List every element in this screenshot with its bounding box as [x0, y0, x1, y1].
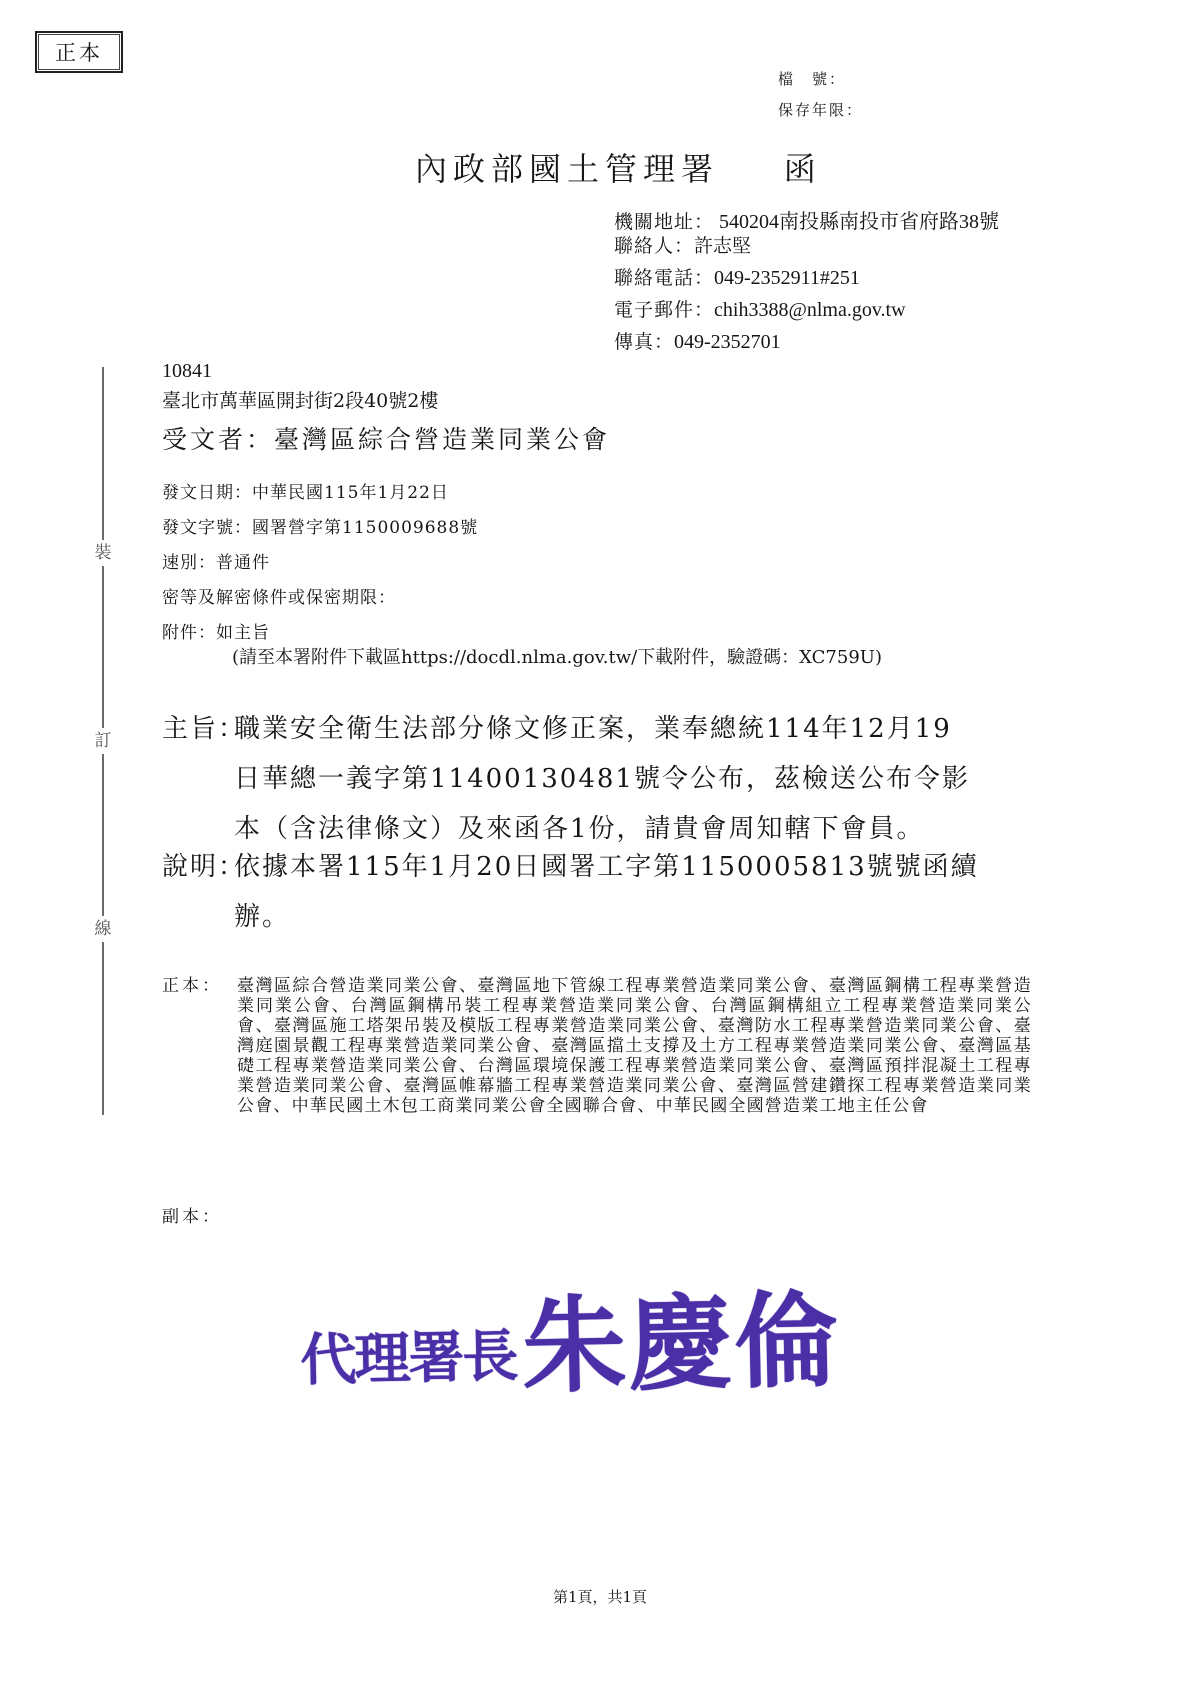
- recipient-label: 受文者：: [162, 425, 274, 454]
- contact-phone: 聯絡電話：049-2352911#251: [614, 264, 999, 292]
- document-title: 內政部國土管理署 函: [415, 144, 822, 190]
- subject-line-1: 主旨：職業安全衛生法部分條文修正案，業奉總統114年12月19: [162, 704, 970, 754]
- signatory-title: 代理署長: [300, 1323, 517, 1394]
- recipient-name: 臺灣區綜合營造業同業公會: [274, 425, 610, 454]
- agency-name: 內政部國土管理署: [415, 150, 719, 188]
- copy-label: 副本：: [162, 1207, 222, 1227]
- binding-mark-xian: 線: [90, 916, 116, 942]
- signature-stamp: 代理署長朱慶倫: [298, 1256, 841, 1417]
- explanation-label: 說明：: [162, 842, 234, 892]
- classification-row: 密等及解密條件或保密期限：: [162, 581, 478, 616]
- retention-label: 保存年限：: [778, 101, 863, 119]
- distribution-copy: 副本：: [162, 1202, 222, 1227]
- file-number-row: 檔 號：: [778, 68, 846, 89]
- person-label: 聯絡人：: [614, 235, 694, 257]
- recipient-zip: 10841: [162, 360, 212, 383]
- subject-section: 主旨：職業安全衛生法部分條文修正案，業奉總統114年12月19 日華總一義字第1…: [162, 704, 970, 854]
- subject-line-2: 日華總一義字第11400130481號令公布，茲檢送公布令影: [162, 754, 970, 804]
- issue-date-row: 發文日期：中華民國115年1月22日: [162, 476, 478, 511]
- explanation-text-1: 依據本署115年1月20日國署工字第1150005813號號函續: [234, 852, 979, 882]
- retention-row: 保存年限：: [778, 99, 863, 120]
- contact-person: 聯絡人：許志堅: [614, 232, 999, 260]
- copy-type-box: 正本: [35, 31, 123, 73]
- subject-label: 主旨：: [162, 704, 234, 754]
- document-number-label: 發文字號：: [162, 518, 252, 538]
- recipient: 受文者：臺灣區綜合營造業同業公會: [162, 420, 610, 456]
- sender-contact-block: 機關地址： 540204南投縣南投市省府路38號 聯絡人：許志堅 聯絡電話：04…: [614, 208, 999, 356]
- subject-text-1: 職業安全衛生法部分條文修正案，業奉總統114年12月19: [234, 714, 952, 744]
- explanation-line-2: 辦。: [162, 892, 979, 942]
- page-count: 第1頁，共1頁: [0, 1586, 1200, 1607]
- priority-value: 普通件: [216, 553, 270, 573]
- attachment-value: 如主旨: [216, 623, 270, 643]
- file-number-label: 檔 號：: [778, 70, 846, 88]
- priority-label: 速別：: [162, 553, 216, 573]
- address-label: 機關地址：: [614, 211, 714, 233]
- fax-label: 傳真：: [614, 331, 674, 353]
- contact-email: 電子郵件：chih3388@nlma.gov.tw: [614, 296, 999, 324]
- document-number-value: 國署營字第1150009688號: [252, 518, 478, 538]
- original-label: 正本：: [162, 976, 222, 996]
- email-value[interactable]: chih3388@nlma.gov.tw: [714, 299, 906, 321]
- address-value: 540204南投縣南投市省府路38號: [714, 211, 999, 233]
- explanation-line-1: 說明：依據本署115年1月20日國署工字第1150005813號號函續: [162, 842, 979, 892]
- person-value: 許志堅: [694, 235, 751, 257]
- phone-label: 聯絡電話：: [614, 267, 714, 289]
- recipient-address: 臺北市萬華區開封街2段40號2樓: [162, 386, 438, 413]
- distribution-original: 正本： 臺灣區綜合營造業同業公會、臺灣區地下管線工程專業營造業同業公會、臺灣區鋼…: [162, 976, 1062, 1116]
- priority-row: 速別：普通件: [162, 546, 478, 581]
- attachment-label: 附件：: [162, 623, 216, 643]
- issue-date-value: 中華民國115年1月22日: [252, 483, 449, 503]
- contact-fax: 傳真：049-2352701: [614, 328, 999, 356]
- binding-mark-zhuang: 裝: [90, 540, 116, 566]
- signatory-name: 朱慶倫: [521, 1278, 842, 1408]
- binding-mark-ding: 訂: [90, 728, 116, 754]
- document-fields: 發文日期：中華民國115年1月22日 發文字號：國署營字第1150009688號…: [162, 476, 478, 651]
- attachment-download-note[interactable]: (請至本署附件下載區https://docdl.nlma.gov.tw/下載附件…: [232, 643, 882, 669]
- fax-value: 049-2352701: [674, 331, 781, 353]
- explanation-section: 說明：依據本署115年1月20日國署工字第1150005813號號函續 辦。: [162, 842, 979, 942]
- email-label: 電子郵件：: [614, 299, 714, 321]
- original-recipients: 臺灣區綜合營造業同業公會、臺灣區地下管線工程專業營造業同業公會、臺灣區鋼構工程專…: [237, 976, 1032, 1116]
- document-number-row: 發文字號：國署營字第1150009688號: [162, 511, 478, 546]
- phone-value: 049-2352911#251: [714, 267, 860, 289]
- classification-label: 密等及解密條件或保密期限：: [162, 588, 396, 608]
- document-type: 函: [784, 150, 822, 188]
- issue-date-label: 發文日期：: [162, 483, 252, 503]
